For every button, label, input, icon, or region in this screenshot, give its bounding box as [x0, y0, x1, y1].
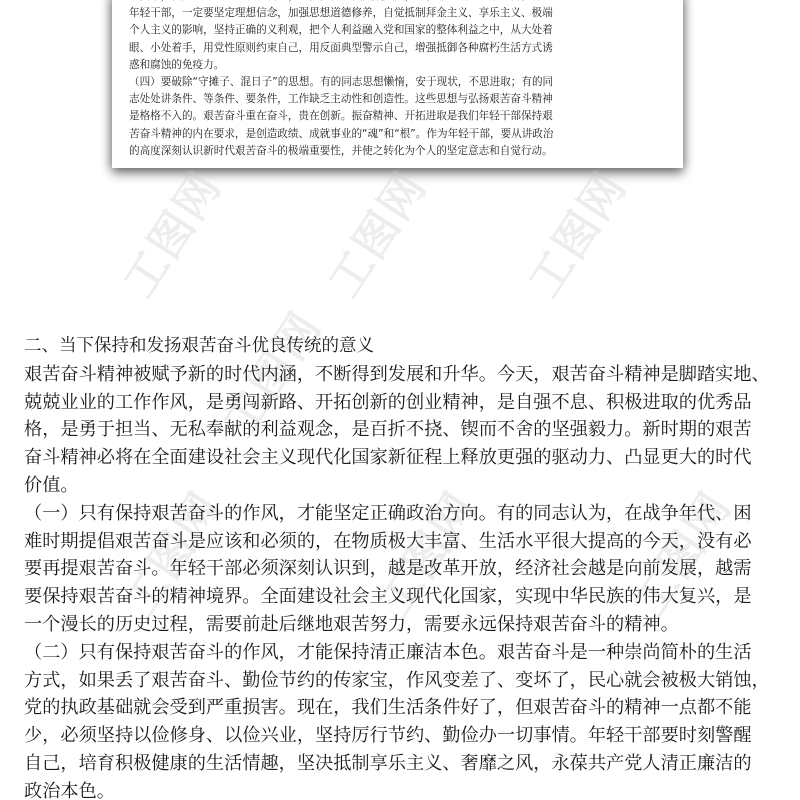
paragraph-line: 格，是勇于担当、无私奉献的利益观念，是百折不挠、锲而不舍的坚强毅力。新时期的艰苦 [24, 416, 784, 444]
preview-line: 眼、小处着手，用党性原则约束自己，用反面典型警示自己，增强抵御各种腐朽生活方式诱 [129, 40, 669, 57]
preview-line: 的高度深刻认识新时代艰苦奋斗的极端重要性，并使之转化为个人的坚定意志和自觉行动。 [129, 143, 669, 160]
preview-line: 是格格不入的。艰苦奋斗重在奋斗，贵在创新。振奋精神、开拓进取是我们年轻干部保持艰 [129, 108, 669, 125]
preview-line: 志处处讲条件、等条件、要条件，工作缺乏主动性和创造性。这些思想与弘扬艰苦奋斗精神 [129, 91, 669, 108]
preview-line: 惑和腐蚀的免疫力。 [129, 57, 669, 74]
paragraph-line: （二）只有保持艰苦奋斗的作风，才能保持清正廉洁本色。艰苦奋斗是一种崇尚简朴的生活 [24, 639, 784, 667]
paragraph-line: （一）只有保持艰苦奋斗的作风，才能坚定正确政治方向。有的同志认为，在战争年代、困 [24, 500, 784, 528]
preview-text: 的要求，及能从“小节”上管住自己，一步步由小贪变成大贪，在犯罪道路上越陷越深。作… [129, 0, 669, 160]
paragraph-line: 奋斗精神必将在全面建设社会主义现代化国家新征程上释放更强的驱动力、凸显更大的时代 [24, 444, 784, 472]
paragraph-line: 艰苦奋斗精神被赋予新的时代内涵，不断得到发展和升华。今天，艰苦奋斗精神是脚踏实地… [24, 361, 784, 389]
paragraph-line: 要再提艰苦奋斗。年轻干部必须深刻认识到，越是改革开放，经济社会越是向前发展，越需 [24, 555, 784, 583]
paragraph-line: 少，必须坚持以俭修身、以俭兴业，坚持厉行节约、勤俭办一切事情。年轻干部要时刻警醒 [24, 722, 784, 750]
document-body: 二、当下保持和发扬艰苦奋斗优良传统的意义 艰苦奋斗精神被赋予新的时代内涵，不断得… [24, 333, 784, 800]
section-heading: 二、当下保持和发扬艰苦奋斗优良传统的意义 [24, 333, 784, 361]
document-page-preview: 的要求，及能从“小节”上管住自己，一步步由小贪变成大贪，在犯罪道路上越陷越深。作… [112, 0, 683, 168]
preview-line: 年轻干部，一定要坚定理想信念，加强思想道德修养，自觉抵制拜金主义、享乐主义、极端 [129, 5, 669, 22]
paragraph-line: 兢兢业业的工作作风，是勇闯新路、开拓创新的创业精神，是自强不息、积极进取的优秀品 [24, 389, 784, 417]
preview-line: （四）要破除“守摊子、混日子”的思想。有的同志思想懒惰，安于现状，不思进取；有的… [129, 74, 669, 91]
preview-line: 个人主义的影响，坚持正确的义利观，把个人利益融入党和国家的整体利益之中，从大处着 [129, 22, 669, 39]
paragraph-line: 价值。 [24, 472, 784, 500]
paragraph-line: 难时期提倡艰苦奋斗是应该和必须的，在物质极大丰富、生活水平很大提高的今天，没有必 [24, 528, 784, 556]
paragraph-line: 政治本色。 [24, 778, 784, 800]
watermark: 工图网 [310, 157, 439, 308]
preview-line: 苦奋斗精神的内在要求，是创造政绩、成就事业的“魂”和“根”。作为年轻干部，要从讲… [129, 126, 669, 143]
paragraph-line: 一个漫长的历史过程，需要前赴后继地艰苦努力，需要永远保持艰苦奋斗的精神。 [24, 611, 784, 639]
paragraph-line: 党的执政基础就会受到严重损害。现在，我们生活条件好了，但艰苦奋斗的精神一点都不能 [24, 694, 784, 722]
watermark: 工图网 [105, 157, 234, 308]
paragraph-line: 要保持艰苦奋斗的精神境界。全面建设社会主义现代化国家，实现中华民族的伟大复兴，是 [24, 583, 784, 611]
paragraph-line: 自己，培育积极健康的生活情趣，坚决抵制享乐主义、奢靡之风，永葆共产党人清正廉洁的 [24, 750, 784, 778]
watermark: 工图网 [510, 157, 639, 308]
paragraph-line: 方式，如果丢了艰苦奋斗、勤俭节约的传家宝，作风变差了、变坏了，民心就会被极大销蚀… [24, 667, 784, 695]
